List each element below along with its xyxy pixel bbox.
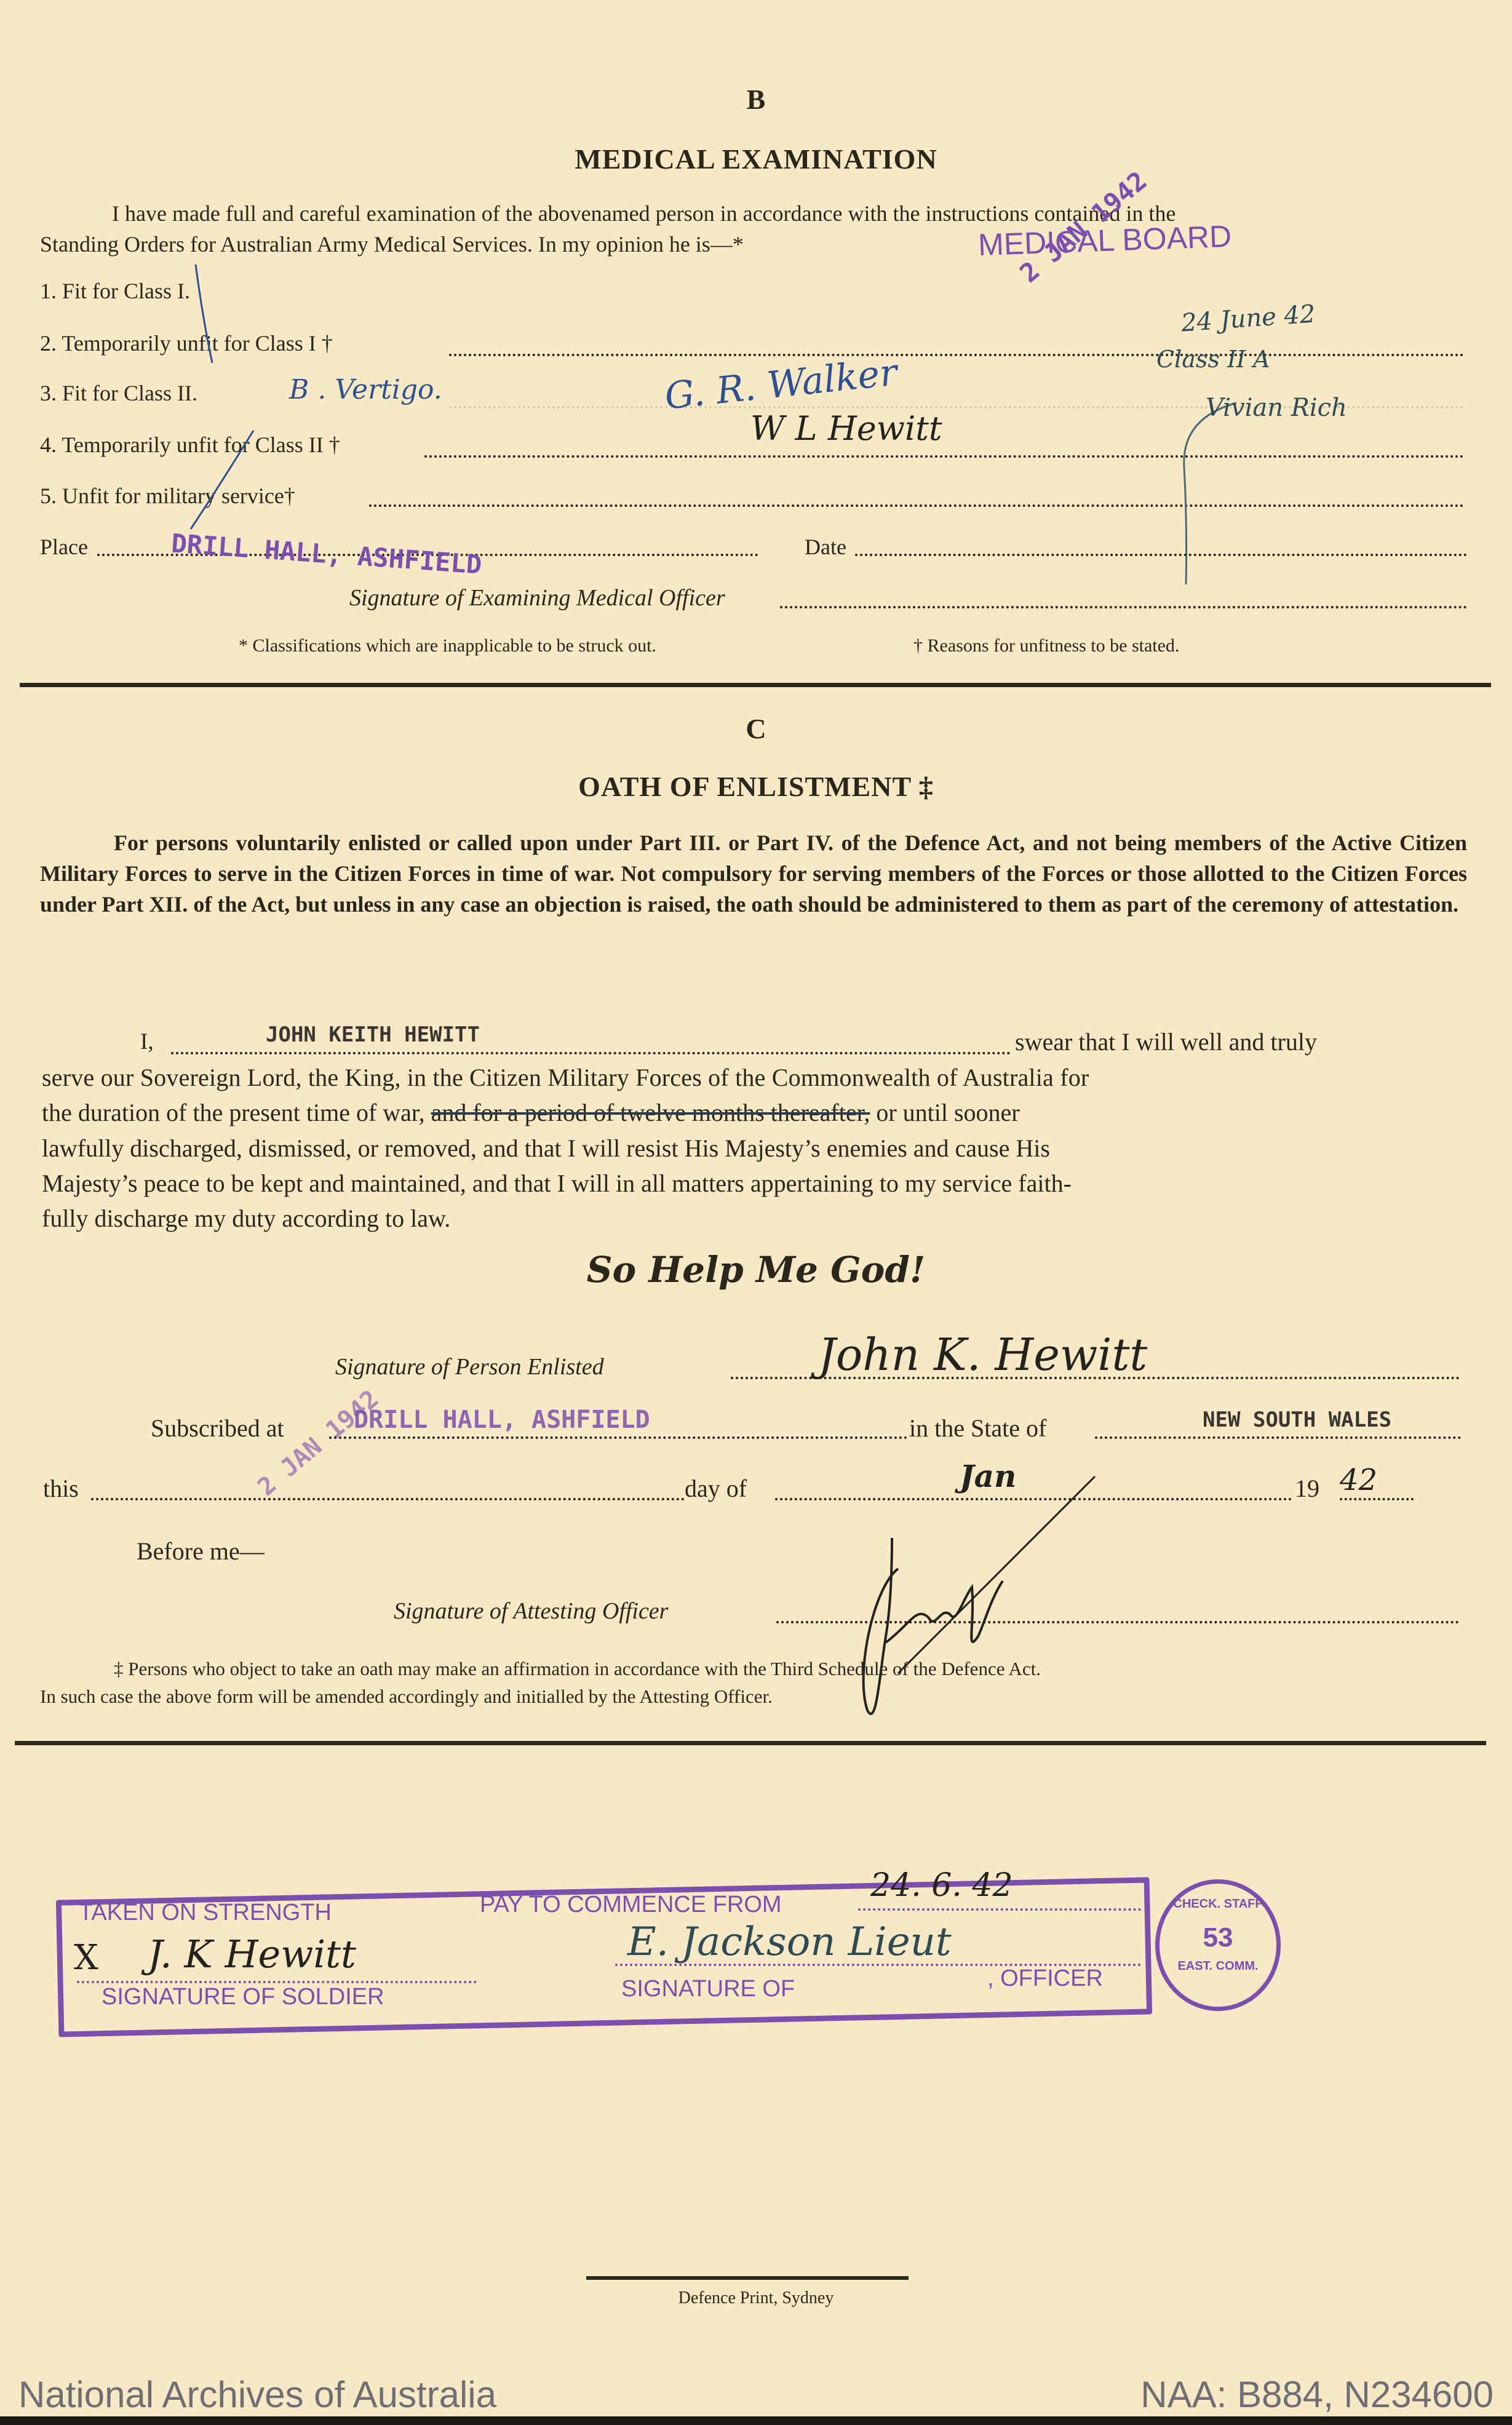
medical-officer-signature-2: W L Hewitt xyxy=(750,409,942,448)
printer-rule xyxy=(586,2276,909,2280)
person-enlisted-label: Signature of Person Enlisted xyxy=(335,1353,604,1380)
person-enlisted-signature: John K. Hewitt xyxy=(818,1329,1147,1380)
circle-stamp-number: 53 xyxy=(1160,1922,1276,1953)
footnote-classifications: * Classifications which are inapplicable… xyxy=(239,635,656,656)
oath-line-6: fully discharge my duty according to law… xyxy=(42,1201,450,1236)
circle-stamp-top: CHECK. STAFF xyxy=(1160,1897,1276,1911)
day-of-label: day of xyxy=(685,1474,747,1503)
margin-note-signature: Vivian Rich xyxy=(1206,394,1347,422)
oath-line-1-end: swear that I will well and truly xyxy=(1015,1024,1317,1060)
examining-officer-line xyxy=(780,606,1467,608)
this-label: this xyxy=(43,1474,79,1503)
archive-watermark-name: National Archives of Australia xyxy=(18,2373,496,2416)
affirmation-footnote-2: In such case the above form will be amen… xyxy=(40,1686,773,1708)
printer-credit: Defence Print, Sydney xyxy=(0,2288,1512,2308)
oath-name-line xyxy=(171,1052,1011,1054)
place-label: Place xyxy=(40,534,88,560)
footnote-reasons: † Reasons for unfitness to be stated. xyxy=(913,635,1179,656)
oath-line-5: Majesty’s peace to be kept and maintaine… xyxy=(42,1166,1072,1201)
section-c-letter: C xyxy=(0,712,1512,745)
oath-struck-text: and for a period of twelve months therea… xyxy=(431,1099,870,1126)
examining-officer-label: Signature of Examining Medical Officer xyxy=(349,584,725,611)
soldier-mark: X xyxy=(74,1938,98,1978)
year-prefix: 19 xyxy=(1295,1474,1319,1503)
archive-watermark-ref: NAA: B884, N234600 xyxy=(1140,2373,1494,2416)
day-line xyxy=(91,1498,685,1500)
soldier-signature-label: SIGNATURE OF SOLDIER xyxy=(101,1984,384,2010)
soldier-signature: J. K Hewitt xyxy=(148,1932,356,1977)
oath-line-3: the duration of the present time of war,… xyxy=(42,1095,1020,1131)
oath-line-2: serve our Sovereign Lord, the King, in t… xyxy=(42,1060,1089,1096)
section-divider-1 xyxy=(20,683,1491,687)
oath-instructions: For persons voluntarily enlisted or call… xyxy=(40,827,1467,920)
section-divider-2 xyxy=(15,1741,1486,1745)
state-value: NEW SOUTH WALES xyxy=(1203,1408,1391,1432)
subscribed-label: Subscribed at xyxy=(151,1414,284,1443)
officer-label-b: , OFFICER xyxy=(987,1965,1103,1992)
officer-signature: E. Jackson Lieut xyxy=(627,1919,952,1965)
page-bottom-edge xyxy=(0,2416,1512,2425)
oath-title: OATH OF ENLISTMENT ‡ xyxy=(0,770,1512,803)
year-value: 42 xyxy=(1340,1463,1377,1497)
circle-stamp-bottom: EAST. COMM. xyxy=(1160,1959,1276,1973)
subscribed-line xyxy=(329,1436,907,1439)
state-line xyxy=(1095,1436,1461,1439)
pay-commence-date: 24. 6. 42 xyxy=(870,1867,1013,1904)
attesting-officer-signature xyxy=(800,1439,1230,1735)
margin-note-class: Class II A xyxy=(1156,346,1270,373)
oath-line-4: lawfully discharged, dismissed, or remov… xyxy=(42,1131,1050,1166)
oath-prefix: I, xyxy=(140,1024,154,1060)
subscribed-stamp: DRILL HALL, ASHFIELD xyxy=(354,1406,650,1434)
oath-name: JOHN KEITH HEWITT xyxy=(266,1022,480,1047)
attesting-officer-label: Signature of Attesting Officer xyxy=(394,1598,668,1625)
day-stamp: 2 JAN 1942 xyxy=(252,1385,384,1502)
oath-line-3-b: or until sooner xyxy=(876,1099,1019,1126)
oath-line-3-a: the duration of the present time of war, xyxy=(42,1099,425,1126)
pay-to-commence-label: PAY TO COMMENCE FROM xyxy=(480,1892,782,1918)
date-line xyxy=(855,554,1467,556)
soldier-signature-line xyxy=(77,1981,477,1983)
state-label: in the State of xyxy=(909,1414,1046,1443)
taken-on-strength-label: TAKEN ON STRENGTH xyxy=(79,1900,332,1926)
check-staff-circle-stamp: CHECK. STAFF 53 EAST. COMM. xyxy=(1155,1879,1281,2011)
officer-label-a: SIGNATURE OF xyxy=(621,1976,795,2002)
affirmation-footnote-1: ‡ Persons who object to take an oath may… xyxy=(114,1658,1041,1680)
date-label: Date xyxy=(805,534,846,560)
so-help-me-god: So Help Me God! xyxy=(0,1249,1512,1291)
before-me-label: Before me— xyxy=(137,1537,265,1566)
pay-date-line xyxy=(858,1908,1141,1911)
year-line xyxy=(1340,1498,1414,1500)
